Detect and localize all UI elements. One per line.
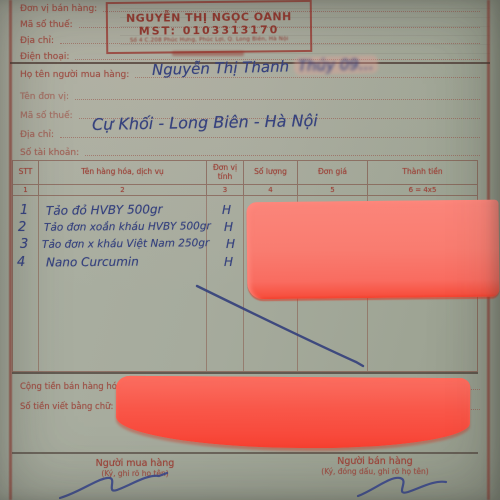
- seller-stamp: NGUYỄN THỊ NGỌC OANH MST: 0103313170 Số …: [106, 0, 313, 54]
- seller-signature-ink: [350, 472, 460, 500]
- invoice-photo: Đơn vị bán hàng: Mã số thuế: Địa chỉ: Đi…: [0, 0, 500, 500]
- buyer-signature-ink: [55, 472, 195, 500]
- redaction-bar-upper: [246, 200, 499, 300]
- stamp-address: Số 4 C.208 Phúc Hưng, Phúc Lợi, Q. Long …: [130, 36, 289, 44]
- stamp-footer-smudge: [172, 51, 244, 56]
- redaction-bar-lower: [116, 376, 470, 449]
